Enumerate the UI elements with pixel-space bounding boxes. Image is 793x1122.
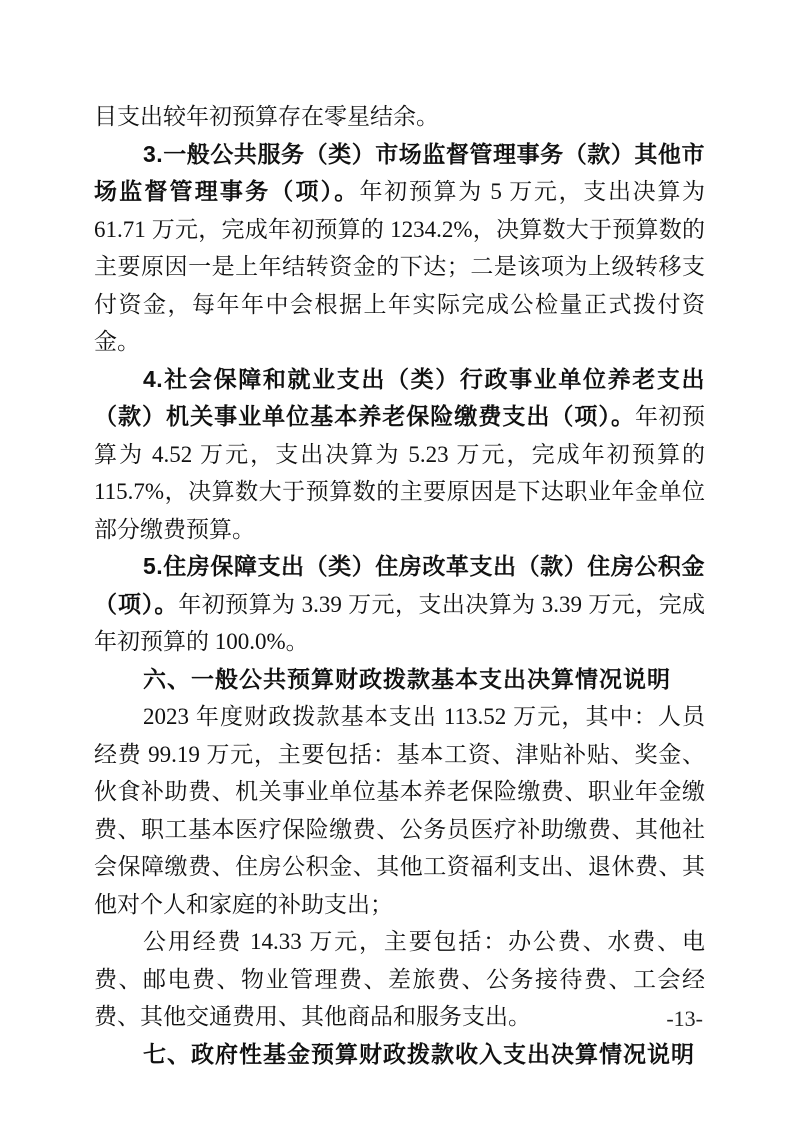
paragraph-text: 年初预算为 5 万元，支出决算为 61.71 万元，完成年初预算的 1234.2… (94, 179, 705, 354)
paragraph-item-3: 3.一般公共服务（类）市场监督管理事务（款）其他市场监督管理事务（项）。年初预算… (94, 136, 705, 361)
paragraph-bold-lead: 4.社会保障和就业支出（类）行政事业单位养老支出（款）机关事业单位基本养老保险缴… (94, 366, 705, 430)
paragraph-public-funds: 公用经费 14.33 万元，主要包括：办公费、水费、电费、邮电费、物业管理费、差… (94, 923, 705, 1036)
document-page: 目支出较年初预算存在零星结余。 3.一般公共服务（类）市场监督管理事务（款）其他… (0, 0, 793, 1122)
paragraph-text: 2023 年度财政拨款基本支出 113.52 万元，其中：人员经费 99.19 … (94, 704, 705, 917)
paragraph-basic-expenditure: 2023 年度财政拨款基本支出 113.52 万元，其中：人员经费 99.19 … (94, 698, 705, 923)
page-number: -13- (666, 1006, 703, 1032)
paragraph-text: 年初预算为 3.39 万元，支出决算为 3.39 万元，完成年初预算的 100.… (94, 592, 705, 655)
section-heading-seven: 七、政府性基金预算财政拨款收入支出决算情况说明 (94, 1036, 705, 1074)
paragraph-item-5: 5.住房保障支出（类）住房改革支出（款）住房公积金（项）。年初预算为 3.39 … (94, 548, 705, 661)
paragraph-text: 公用经费 14.33 万元，主要包括：办公费、水费、电费、邮电费、物业管理费、差… (94, 929, 705, 1029)
paragraph-item-4: 4.社会保障和就业支出（类）行政事业单位养老支出（款）机关事业单位基本养老保险缴… (94, 361, 705, 549)
paragraph-continuation: 目支出较年初预算存在零星结余。 (94, 98, 705, 136)
paragraph-text: 目支出较年初预算存在零星结余。 (94, 104, 439, 129)
section-heading-six: 六、一般公共预算财政拨款基本支出决算情况说明 (94, 661, 705, 699)
document-body: 目支出较年初预算存在零星结余。 3.一般公共服务（类）市场监督管理事务（款）其他… (94, 98, 705, 1073)
